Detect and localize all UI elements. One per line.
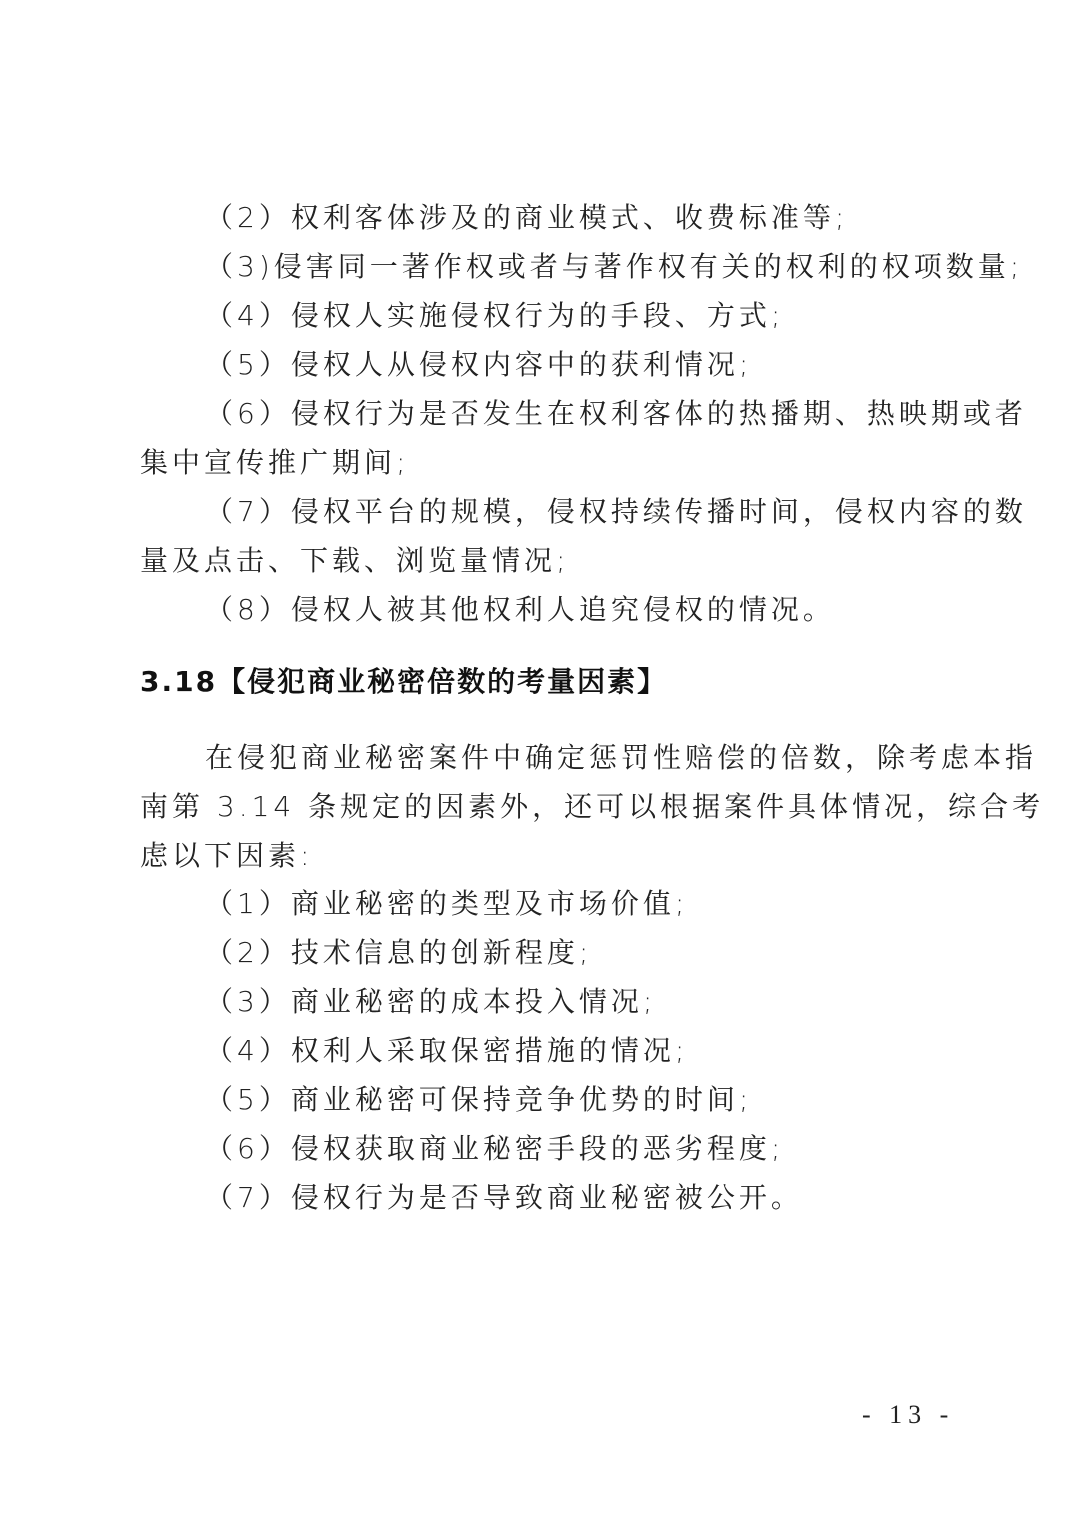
document-page: （2）权利客体涉及的商业模式、收费标准等; （3)侵害同一著作权或者与著作权有关… xyxy=(0,0,1080,1526)
list-item: （7）侵权平台的规模，侵权持续传播时间，侵权内容的数 xyxy=(205,494,1027,530)
list-item: （2）权利客体涉及的商业模式、收费标准等; xyxy=(205,200,848,236)
list-item-continuation: 量及点击、下载、浏览量情况; xyxy=(140,543,569,579)
list-item: （3）商业秘密的成本投入情况; xyxy=(205,984,656,1020)
list-item: （1）商业秘密的类型及市场价值; xyxy=(205,886,688,922)
list-item: （7）侵权行为是否导致商业秘密被公开。 xyxy=(205,1180,803,1216)
list-item: （4）权利人采取保密措施的情况; xyxy=(205,1033,688,1069)
list-item: （8）侵权人被其他权利人追究侵权的情况。 xyxy=(205,592,835,628)
list-item: （5）商业秘密可保持竞争优势的时间; xyxy=(205,1082,752,1118)
list-item: （2）技术信息的创新程度; xyxy=(205,935,592,971)
list-item: （5）侵权人从侵权内容中的获利情况; xyxy=(205,347,752,383)
paragraph-line: 南第 3.14 条规定的因素外，还可以根据案件具体情况，综合考 xyxy=(140,789,1044,825)
paragraph-line: 在侵犯商业秘密案件中确定惩罚性赔偿的倍数，除考虑本指 xyxy=(205,740,1037,776)
list-item: （6）侵权行为是否发生在权利客体的热播期、热映期或者 xyxy=(205,396,1027,432)
list-item: （3)侵害同一著作权或者与著作权有关的权利的权项数量; xyxy=(205,249,1023,285)
section-number: 3.18 xyxy=(140,665,217,698)
section-title: 【侵犯商业秘密倍数的考量因素】 xyxy=(217,665,667,698)
list-item: （6）侵权获取商业秘密手段的恶劣程度; xyxy=(205,1131,784,1167)
list-item-continuation: 集中宣传推广期间; xyxy=(140,445,409,481)
section-heading: 3.18【侵犯商业秘密倍数的考量因素】 xyxy=(140,664,667,700)
list-item: （4）侵权人实施侵权行为的手段、方式; xyxy=(205,298,784,334)
paragraph-line: 虑以下因素: xyxy=(140,838,313,874)
page-number: - 13 - xyxy=(862,1400,954,1430)
